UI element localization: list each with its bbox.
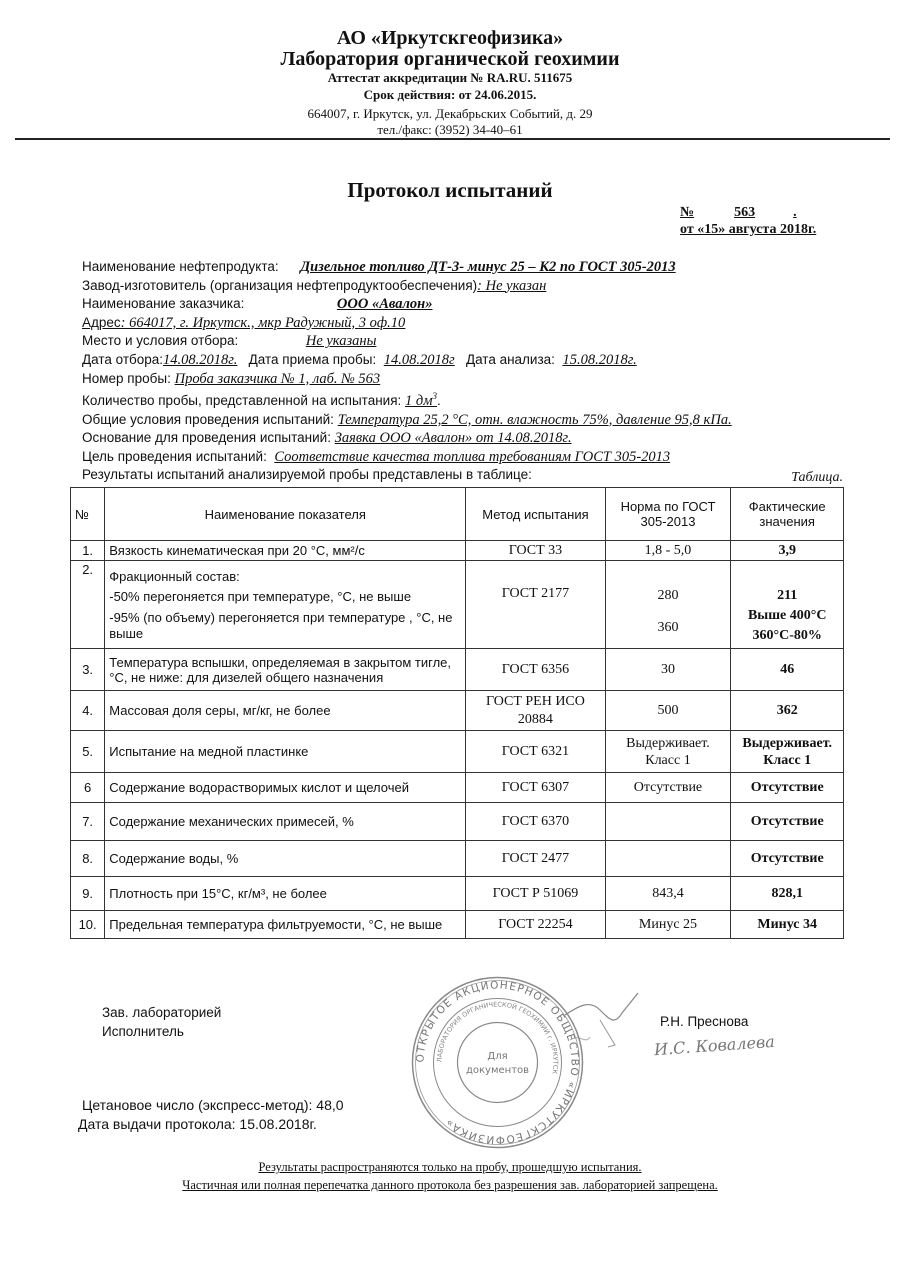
address-line: Адрес: 664017, г. Иркутск., мкр Радужный… <box>82 314 732 333</box>
quantity-text: 1 дм <box>405 393 432 409</box>
table-row: 10. Предельная температура фильтруемости… <box>71 911 844 939</box>
row-no: 1. <box>71 541 105 561</box>
manufacturer-line: Завод-изготовитель (организация нефтепро… <box>82 277 732 296</box>
row-norm: 500 <box>605 691 731 731</box>
row-name: Массовая доля серы, мг/кг, не более <box>105 691 466 731</box>
row-actual: Выдерживает. Класс 1 <box>731 731 844 773</box>
manufacturer-label: Завод-изготовитель (организация нефтепро… <box>82 278 477 293</box>
basis-line: Основание для проведения испытаний: Заяв… <box>82 429 732 448</box>
sampling-date-value: 14.08.2018г. <box>163 352 237 368</box>
receipt-date-value: 14.08.2018г <box>384 352 455 368</box>
row-no: 2. <box>71 561 105 649</box>
table-row: 2. Фракционный состав: -50% перегоняется… <box>71 561 844 649</box>
sampling-date-label: Дата отбора: <box>82 352 163 367</box>
results-table: № Наименование показателя Метод испытани… <box>70 487 844 939</box>
table-row: 9. Плотность при 15°С, кг/м³, не более Г… <box>71 877 844 911</box>
head-of-lab-name: Р.Н. Преснова <box>660 1014 748 1029</box>
accreditation: Аттестат аккредитации № RA.RU. 511675 <box>0 70 900 86</box>
table-row: 3. Температура вспышки, определяемая в з… <box>71 649 844 691</box>
results-intro: Результаты испытаний анализируемой пробы… <box>82 466 732 484</box>
head-of-lab-label: Зав. лабораторией <box>102 1005 221 1020</box>
stamp-center-line1: Для <box>487 1051 507 1062</box>
row-method: ГОСТ 22254 <box>466 911 605 939</box>
row-no: 6 <box>71 773 105 803</box>
row-name: Предельная температура фильтруемости, °С… <box>105 911 466 939</box>
stamp-inner-text: ЛАБОРАТОРИЯ ОРГАНИЧЕСКОЙ ГЕОХИМИИ г. ИРК… <box>435 1000 559 1075</box>
row-norm-1: 280 <box>610 586 727 606</box>
row-name-sub2: -95% (по объему) перегоняется при темпер… <box>109 610 461 642</box>
row-norm: Выдерживает. Класс 1 <box>605 731 731 773</box>
row-method: ГОСТ 6307 <box>466 773 605 803</box>
table-header: № Наименование показателя Метод испытани… <box>71 488 844 541</box>
row-norm-2: 360 <box>610 618 727 638</box>
row-actual: 211 Выше 400°С 360°С-80% <box>731 561 844 649</box>
row-no: 9. <box>71 877 105 911</box>
stamp-center-line2: документов <box>466 1065 529 1076</box>
row-method: ГОСТ 33 <box>466 541 605 561</box>
row-norm: 1,8 - 5,0 <box>605 541 731 561</box>
header-method: Метод испытания <box>466 488 605 541</box>
quantity-value: 1 дм3 <box>405 393 437 409</box>
row-no: 7. <box>71 803 105 841</box>
row-no: 3. <box>71 649 105 691</box>
table-row: 1. Вязкость кинематическая при 20 °С, мм… <box>71 541 844 561</box>
cetane-number: Цетановое число (экспресс-метод): 48,0 <box>82 1097 344 1113</box>
table-row: 4. Массовая доля серы, мг/кг, не более Г… <box>71 691 844 731</box>
row-actual: Отсутствие <box>731 841 844 877</box>
purpose-line: Цель проведения испытаний: Соответствие … <box>82 448 732 467</box>
header-actual: Фактические значения <box>731 488 844 541</box>
basis-label: Основание для проведения испытаний: <box>82 430 331 445</box>
row-no: 5. <box>71 731 105 773</box>
customer-label: Наименование заказчика: <box>82 296 244 311</box>
row-no: 4. <box>71 691 105 731</box>
product-line: Наименование нефтепродукта: Дизельное то… <box>82 258 732 277</box>
row-name: Плотность при 15°С, кг/м³, не более <box>105 877 466 911</box>
product-label: Наименование нефтепродукта: <box>82 259 279 274</box>
row-norm: 843,4 <box>605 877 731 911</box>
row-name: Фракционный состав: -50% перегоняется пр… <box>105 561 466 649</box>
executor-label: Исполнитель <box>102 1024 184 1039</box>
header-divider <box>15 138 890 140</box>
row-norm <box>605 841 731 877</box>
footer-line2: Частичная или полная перепечатка данного… <box>0 1178 900 1193</box>
manufacturer-value: : Не указан <box>477 278 546 294</box>
dates-line: Дата отбора:14.08.2018г. Дата приема про… <box>82 351 732 370</box>
sample-number-label: Номер пробы: <box>82 371 171 386</box>
row-norm: Минус 25 <box>605 911 731 939</box>
conditions-line: Общие условия проведения испытаний: Темп… <box>82 411 732 430</box>
row-actual-2: Выше 400°С <box>735 606 839 626</box>
basis-value: Заявка ООО «Авалон» от 14.08.2018г. <box>335 430 572 446</box>
conditions-value: Температура 25,2 °С, отн. влажность 75%,… <box>338 412 732 428</box>
table-row: 6 Содержание водорастворимых кислот и ще… <box>71 773 844 803</box>
row-actual: Минус 34 <box>731 911 844 939</box>
row-name: Содержание механических примесей, % <box>105 803 466 841</box>
row-method: ГОСТ Р 51069 <box>466 877 605 911</box>
row-actual: 828,1 <box>731 877 844 911</box>
row-method: ГОСТ 6356 <box>466 649 605 691</box>
row-norm: Отсутствие <box>605 773 731 803</box>
address-label: Адрес <box>82 315 121 330</box>
row-name: Испытание на медной пластинке <box>105 731 466 773</box>
sample-number-value: Проба заказчика № 1, лаб. № 563 <box>175 371 381 387</box>
row-actual-1: 211 <box>735 586 839 606</box>
row-actual-3: 360°С-80% <box>735 626 839 646</box>
organization-stamp-icon: ОТКРЫТОЕ АКЦИОНЕРНОЕ ОБЩЕСТВО «ИРКУТСКГЕ… <box>410 975 585 1150</box>
analysis-date-value: 15.08.2018г. <box>562 352 636 368</box>
receipt-date-label: Дата приема пробы: <box>249 352 377 367</box>
purpose-value: Соответствие качества топлива требования… <box>274 449 670 465</box>
issue-date: Дата выдачи протокола: 15.08.2018г. <box>78 1116 317 1132</box>
lab-address: 664007, г. Иркутск, ул. Декабрьских Собы… <box>0 106 900 122</box>
row-actual: Отсутствие <box>731 803 844 841</box>
customer-value: ООО «Авалон» <box>337 296 433 312</box>
conditions-label: Общие условия проведения испытаний: <box>82 412 334 427</box>
address-value: : 664017, г. Иркутск., мкр Радужный, 3 о… <box>121 315 406 331</box>
table-row: 7. Содержание механических примесей, % Г… <box>71 803 844 841</box>
row-actual: 3,9 <box>731 541 844 561</box>
quantity-sup: 3 <box>433 391 438 401</box>
row-norm: 30 <box>605 649 731 691</box>
sample-info: Наименование нефтепродукта: Дизельное то… <box>82 258 732 484</box>
row-actual: 46 <box>731 649 844 691</box>
row-method: ГОСТ 6370 <box>466 803 605 841</box>
protocol-date: от «15» августа 2018г. <box>680 222 840 238</box>
header-norm: Норма по ГОСТ 305-2013 <box>605 488 731 541</box>
row-method: ГОСТ 2177 <box>466 561 605 649</box>
row-norm: 280 360 <box>605 561 731 649</box>
place-line: Место и условия отбора: Не указаны <box>82 332 732 351</box>
row-name: Содержание воды, % <box>105 841 466 877</box>
lab-phone: тел./факс: (3952) 34-40–61 <box>0 122 900 138</box>
number-value: 563 <box>734 205 755 220</box>
row-name-main: Фракционный состав: <box>109 567 461 587</box>
header-no: № <box>71 488 105 541</box>
laboratory-name: Лаборатория органической геохимии <box>0 48 900 71</box>
place-label: Место и условия отбора: <box>82 333 238 348</box>
table-caption: Таблица. <box>700 470 843 486</box>
quantity-label: Количество пробы, представленной на испы… <box>82 393 401 408</box>
row-norm <box>605 803 731 841</box>
validity: Срок действия: от 24.06.2015. <box>0 87 900 103</box>
quantity-line: Количество пробы, представленной на испы… <box>82 388 732 410</box>
row-name: Содержание водорастворимых кислот и щело… <box>105 773 466 803</box>
row-actual: Отсутствие <box>731 773 844 803</box>
protocol-title: Протокол испытаний <box>0 178 900 203</box>
row-no: 8. <box>71 841 105 877</box>
sample-number-line: Номер пробы: Проба заказчика № 1, лаб. №… <box>82 370 732 389</box>
table-row: 8. Содержание воды, % ГОСТ 2477 Отсутств… <box>71 841 844 877</box>
protocol-number: №563. <box>680 205 830 221</box>
row-method: ГОСТ 2477 <box>466 841 605 877</box>
header-name: Наименование показателя <box>105 488 466 541</box>
purpose-label: Цель проведения испытаний: <box>82 449 267 464</box>
row-actual: 362 <box>731 691 844 731</box>
executor-signature: И.С. Ковалева <box>653 1032 775 1059</box>
analysis-date-label: Дата анализа: <box>466 352 555 367</box>
row-name-sub1: -50% перегоняется при температуре, °С, н… <box>109 587 461 607</box>
footer-line1: Результаты распространяются только на пр… <box>0 1160 900 1175</box>
row-no: 10. <box>71 911 105 939</box>
product-value: Дизельное топливо ДТ-3- минус 25 – К2 по… <box>300 259 675 275</box>
row-method: ГОСТ РЕН ИСО 20884 <box>466 691 605 731</box>
row-name: Вязкость кинематическая при 20 °С, мм²/с <box>105 541 466 561</box>
row-method: ГОСТ 6321 <box>466 731 605 773</box>
organization-name: АО «Иркутскгеофизика» <box>0 27 900 50</box>
number-label: № <box>680 205 694 220</box>
table-row: 5. Испытание на медной пластинке ГОСТ 63… <box>71 731 844 773</box>
customer-line: Наименование заказчика: ООО «Авалон» <box>82 295 732 314</box>
svg-text:ЛАБОРАТОРИЯ ОРГАНИЧЕСКОЙ ГЕОХИ: ЛАБОРАТОРИЯ ОРГАНИЧЕСКОЙ ГЕОХИМИИ г. ИРК… <box>435 1000 559 1075</box>
place-value: Не указаны <box>306 333 377 349</box>
row-name: Температура вспышки, определяемая в закр… <box>105 649 466 691</box>
